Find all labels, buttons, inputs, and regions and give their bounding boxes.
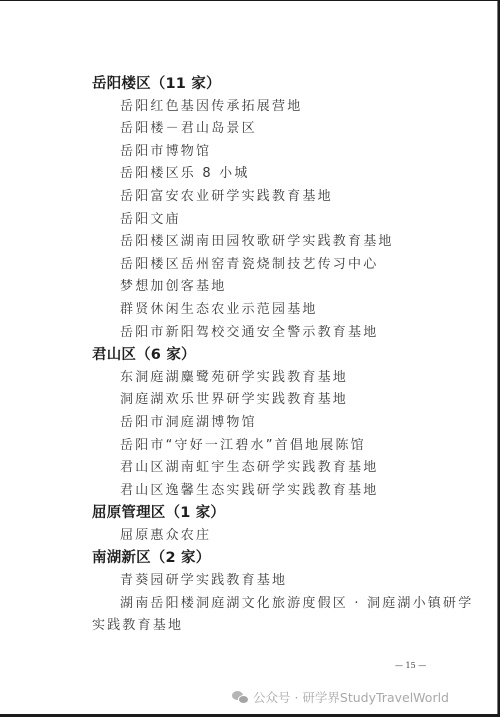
wechat-icon: [232, 691, 249, 704]
section-heading-quyuan: 屈原管理区（1 家）: [92, 502, 492, 525]
list-item: 岳阳文庙: [92, 209, 492, 232]
list-item: 岳阳楼区岳州窑青瓷烧制技艺传习中心: [92, 254, 492, 277]
list-item: 岳阳市“守好一江碧水”首倡地展陈馆: [92, 435, 492, 458]
section-heading-nanhu: 南湖新区（2 家）: [92, 547, 492, 570]
page-number: — 15 —: [395, 661, 426, 670]
list-item-continuation: 实践教育基地: [92, 615, 492, 638]
document-content: 岳阳楼区（11 家） 岳阳红色基因传承拓展营地 岳阳楼－君山岛景区 岳阳市博物馆…: [92, 73, 492, 638]
list-item: 君山区逸馨生态实践研学实践教育基地: [92, 480, 492, 503]
list-item: 岳阳市新阳驾校交通安全警示教育基地: [92, 322, 492, 345]
list-item: 岳阳楼区乐 8 小城: [92, 163, 492, 186]
list-item: 东洞庭湖麋鹭苑研学实践教育基地: [92, 367, 492, 390]
list-item: 岳阳富安农业研学实践教育基地: [92, 186, 492, 209]
list-item: 岳阳楼－君山岛景区: [92, 118, 492, 141]
section-heading-junshan: 君山区（6 家）: [92, 344, 492, 367]
list-item: 岳阳楼区湖南田园牧歌研学实践教育基地: [92, 231, 492, 254]
list-item: 湖南岳阳楼洞庭湖文化旅游度假区 · 洞庭湖小镇研学: [92, 593, 492, 616]
list-item: 岳阳市博物馆: [92, 141, 492, 164]
list-item: 君山区湖南虹宇生态研学实践教育基地: [92, 457, 492, 480]
watermark-text: 公众号 · 研学界StudyTravelWorld: [253, 688, 449, 706]
list-item: 岳阳红色基因传承拓展营地: [92, 96, 492, 119]
list-item: 洞庭湖欢乐世界研学实践教育基地: [92, 389, 492, 412]
list-item: 青葵园研学实践教育基地: [92, 570, 492, 593]
list-item: 岳阳市洞庭湖博物馆: [92, 412, 492, 435]
list-item: 群贤休闲生态农业示范园基地: [92, 299, 492, 322]
watermark: 公众号 · 研学界StudyTravelWorld: [232, 688, 449, 706]
list-item: 梦想加创客基地: [92, 276, 492, 299]
document-page: 岳阳楼区（11 家） 岳阳红色基因传承拓展营地 岳阳楼－君山岛景区 岳阳市博物馆…: [0, 1, 498, 714]
list-item: 屈原惠众农庄: [92, 525, 492, 548]
section-heading-yueyanglou: 岳阳楼区（11 家）: [92, 73, 492, 96]
